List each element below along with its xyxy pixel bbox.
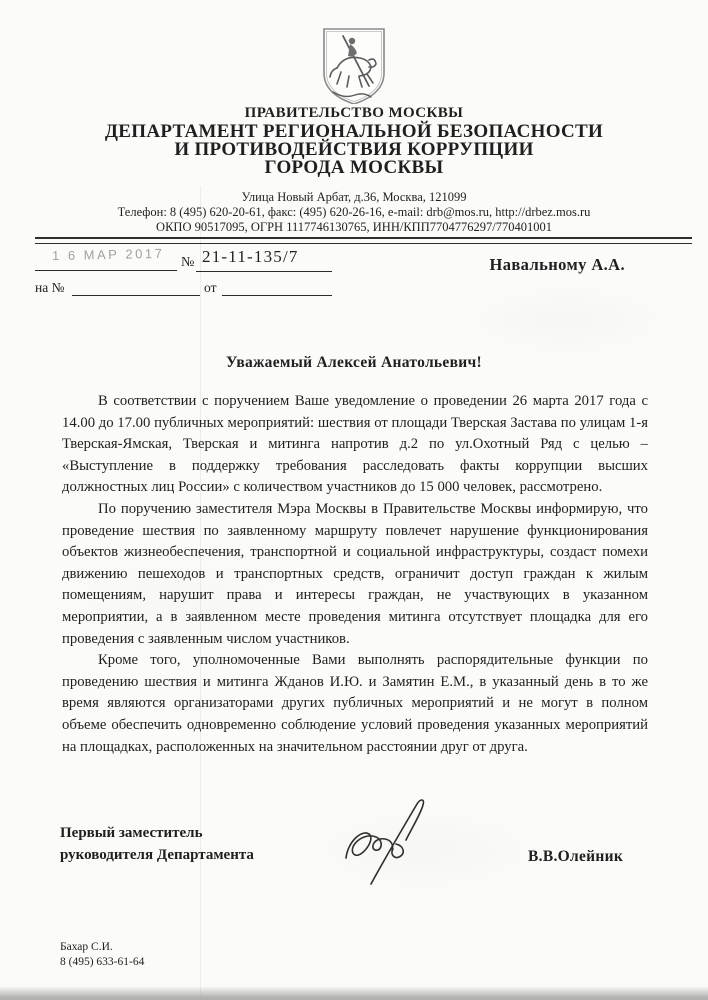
scanned-letter-page: ПРАВИТЕЛЬСТВО МОСКВЫ ДЕПАРТАМЕНТ РЕГИОНА…: [0, 0, 708, 1000]
moscow-coat-of-arms-icon: [317, 26, 391, 104]
reply-to-number-label: на №: [35, 280, 64, 296]
executor-block: Бахар С.И. 8 (495) 633-61-64: [60, 940, 144, 970]
handwritten-signature: [338, 792, 450, 894]
reply-from-label: от: [204, 280, 216, 296]
body-paragraph-1: В соответствии с поручением Ваше уведомл…: [62, 391, 648, 499]
letter-body: В соответствии с поручением Ваше уведомл…: [62, 391, 648, 758]
postal-address: Улица Новый Арбат, д.36, Москва, 121099: [0, 190, 708, 205]
body-paragraph-2: По поручению заместителя Мэра Москвы в П…: [62, 499, 648, 650]
signer-name: В.В.Олейник: [528, 848, 623, 866]
signer-title: Первый заместитель руководителя Департам…: [60, 822, 254, 866]
recipient-name: Навальному А.А.: [0, 255, 625, 275]
salutation: Уважаемый Алексей Анатольевич!: [0, 354, 708, 372]
reply-number-underline: [72, 294, 200, 296]
signer-title-line2: руководителя Департамента: [60, 844, 254, 866]
reply-date-underline: [222, 294, 332, 296]
registration-codes: ОКПО 90517095, ОГРН 1117746130765, ИНН/К…: [0, 220, 708, 235]
executor-name: Бахар С.И.: [60, 940, 144, 955]
scan-bottom-edge: [0, 986, 708, 1000]
government-title: ПРАВИТЕЛЬСТВО МОСКВЫ: [0, 105, 708, 122]
letterhead-divider: [35, 237, 692, 244]
department-name-line3: ГОРОДА МОСКВЫ: [0, 159, 708, 177]
signer-title-line1: Первый заместитель: [60, 822, 254, 844]
body-paragraph-3: Кроме того, уполномоченные Вами выполнят…: [62, 650, 648, 758]
contact-info: Телефон: 8 (495) 620-20-61, факс: (495) …: [0, 205, 708, 220]
executor-phone: 8 (495) 633-61-64: [60, 955, 144, 970]
